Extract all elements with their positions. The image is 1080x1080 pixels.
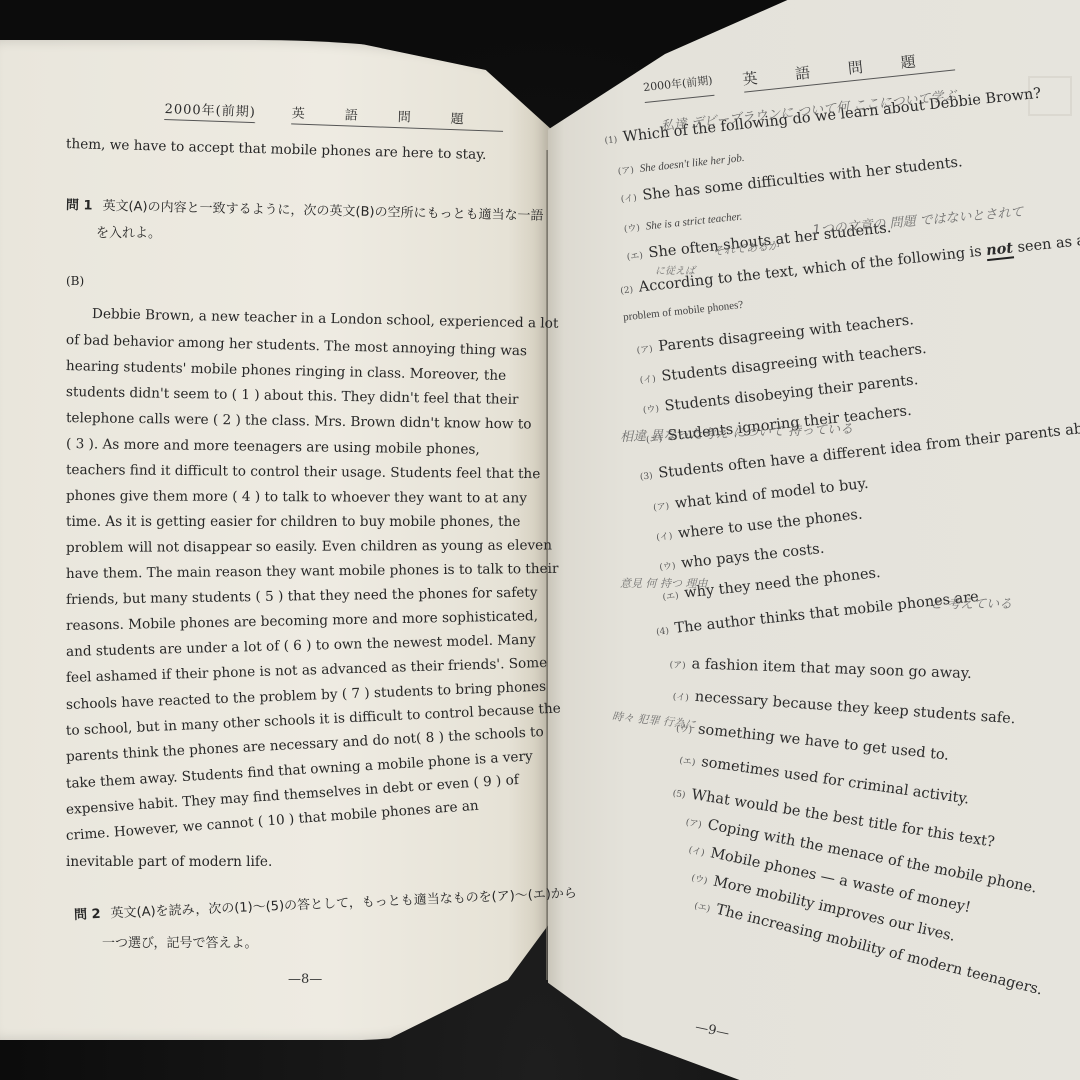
option: (ウ)She is a strict teacher. xyxy=(623,207,747,236)
question2-label: 問 2 xyxy=(74,907,101,923)
passage-label: (B) xyxy=(66,274,84,288)
option: (ア)a fashion item that may soon go away. xyxy=(669,656,972,683)
passage-line: inevitable part of modern life. xyxy=(66,854,272,870)
emphasis-not: not xyxy=(985,239,1014,261)
passage-line: time. As it is getting easier for childr… xyxy=(66,514,520,530)
option: (ウ)who pays the costs. xyxy=(659,541,826,574)
header-year-term: 2000年(前期) xyxy=(642,72,714,103)
passage-line: phones give them more ( 4 ) to talk to w… xyxy=(66,488,527,506)
question1-label: 問 1 xyxy=(66,198,93,214)
handwritten-note: に従えば xyxy=(655,262,695,277)
passage-line: problem will not disappear so easily. Ev… xyxy=(66,537,552,556)
option: (イ)necessary because they keep students … xyxy=(672,687,1016,727)
handwritten-note: と 考えている xyxy=(930,593,1012,612)
question-2-stem-line2: problem of mobile phones? xyxy=(622,296,744,325)
question1-line2: を入れよ。 xyxy=(96,222,161,241)
handwritten-note: 意見 何 持つ 理由 xyxy=(620,575,708,591)
header-year-term: 2000年(前期) xyxy=(164,98,256,123)
option: (ア)She doesn't like her job. xyxy=(617,149,749,179)
page-number-left: —8— xyxy=(288,972,322,987)
header-subject: 英語問題 xyxy=(741,47,954,93)
question2-line2: 一つ選び，記号で答えよ。 xyxy=(102,932,257,951)
option: (イ)where to use the phones. xyxy=(655,507,863,545)
